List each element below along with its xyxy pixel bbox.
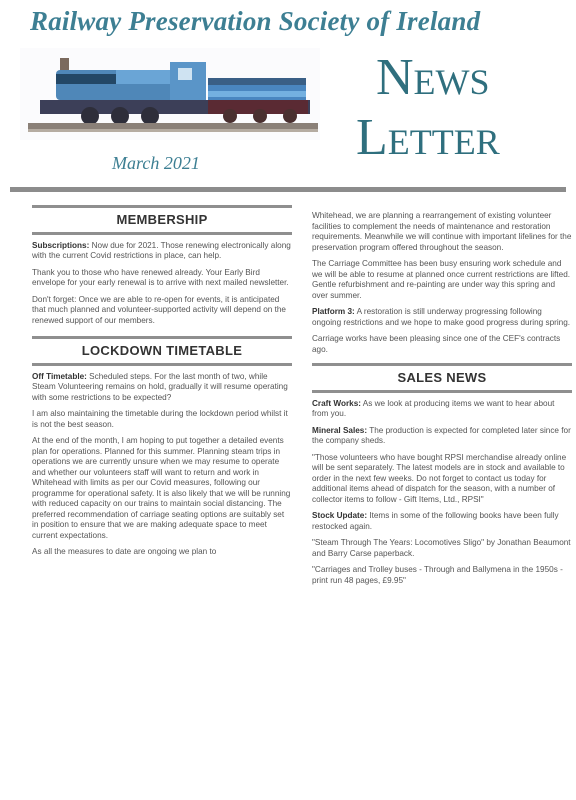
paragraph: Don't forget: Once we are able to re-ope… (32, 295, 292, 327)
paragraph-text: "Steam Through The Years: Locomotives Sl… (312, 538, 571, 558)
membership-section: MEMBERSHIP Subscriptions: Now due for 20… (32, 205, 292, 326)
paragraph: As all the measures to date are ongoing … (32, 547, 292, 558)
masthead-divider (10, 187, 566, 192)
paragraph-lead: Platform 3: (312, 307, 355, 316)
paragraph-text: As all the measures to date are ongoing … (32, 547, 216, 556)
paragraph-text: The Carriage Committee has been busy ens… (312, 259, 570, 300)
paragraph-lead: Mineral Sales: (312, 426, 367, 435)
sales-news-section: SALES NEWS Craft Works: As we look at pr… (312, 363, 572, 586)
paragraph-text: "Those volunteers who have bought RPSI m… (312, 453, 566, 504)
paragraph-text: I am also maintaining the timetable duri… (32, 409, 288, 429)
paragraph-text: At the end of the month, I am hoping to … (32, 436, 290, 540)
paragraph-lead: Off Timetable: (32, 372, 87, 381)
steam-locomotive-image (20, 48, 320, 140)
paragraph: Thank you to those who have renewed alre… (32, 268, 292, 289)
paragraph-text: Whitehead, we are planning a rearrangeme… (312, 211, 571, 252)
lockdown-heading: LOCKDOWN TIMETABLE (32, 339, 292, 363)
paragraph: The Carriage Committee has been busy ens… (312, 259, 572, 301)
paragraph: Subscriptions: Now due for 2021. Those r… (32, 241, 292, 262)
paragraph-text: "Carriages and Trolley buses - Through a… (312, 565, 563, 585)
left-column: MEMBERSHIP Subscriptions: Now due for 20… (32, 205, 292, 558)
paragraph-text: Thank you to those who have renewed alre… (32, 268, 289, 288)
paragraph-text: Don't forget: Once we are able to re-ope… (32, 295, 286, 325)
paragraph: Stock Update: Items in some of the follo… (312, 511, 572, 532)
paragraph: Carriage works have been pleasing since … (312, 334, 572, 355)
membership-heading: MEMBERSHIP (32, 208, 292, 232)
letter-word-text: Letter (356, 109, 500, 166)
paragraph: Off Timetable: Scheduled steps. For the … (32, 372, 292, 404)
paragraph: Platform 3: A restoration is still under… (312, 307, 572, 328)
paragraph: "Those volunteers who have bought RPSI m… (312, 453, 572, 506)
right-column: Whitehead, we are planning a rearrangeme… (312, 203, 572, 586)
section-rule-bottom (32, 363, 292, 366)
continued-section: Whitehead, we are planning a rearrangeme… (312, 211, 572, 355)
news-word-text: News (376, 49, 490, 106)
society-name: Railway Preservation Society of Ireland (30, 6, 550, 37)
section-rule-bottom (32, 232, 292, 235)
letter-word: Letter (356, 112, 500, 164)
paragraph-lead: Stock Update: (312, 511, 367, 520)
paragraph: Whitehead, we are planning a rearrangeme… (312, 211, 572, 253)
sales-heading: SALES NEWS (312, 366, 572, 390)
paragraph: "Carriages and Trolley buses - Through a… (312, 565, 572, 586)
issue-date: March 2021 (112, 153, 200, 174)
paragraph: At the end of the month, I am hoping to … (32, 436, 292, 541)
paragraph-lead: Subscriptions: (32, 241, 89, 250)
paragraph: Craft Works: As we look at producing ite… (312, 399, 572, 420)
section-rule-bottom (312, 390, 572, 393)
lockdown-timetable-section: LOCKDOWN TIMETABLE Off Timetable: Schedu… (32, 336, 292, 558)
paragraph-lead: Craft Works: (312, 399, 361, 408)
paragraph: "Steam Through The Years: Locomotives Sl… (312, 538, 572, 559)
paragraph: Mineral Sales: The production is expecte… (312, 426, 572, 447)
paragraph: I am also maintaining the timetable duri… (32, 409, 292, 430)
paragraph-text: Carriage works have been pleasing since … (312, 334, 560, 354)
news-word: News (376, 52, 490, 104)
